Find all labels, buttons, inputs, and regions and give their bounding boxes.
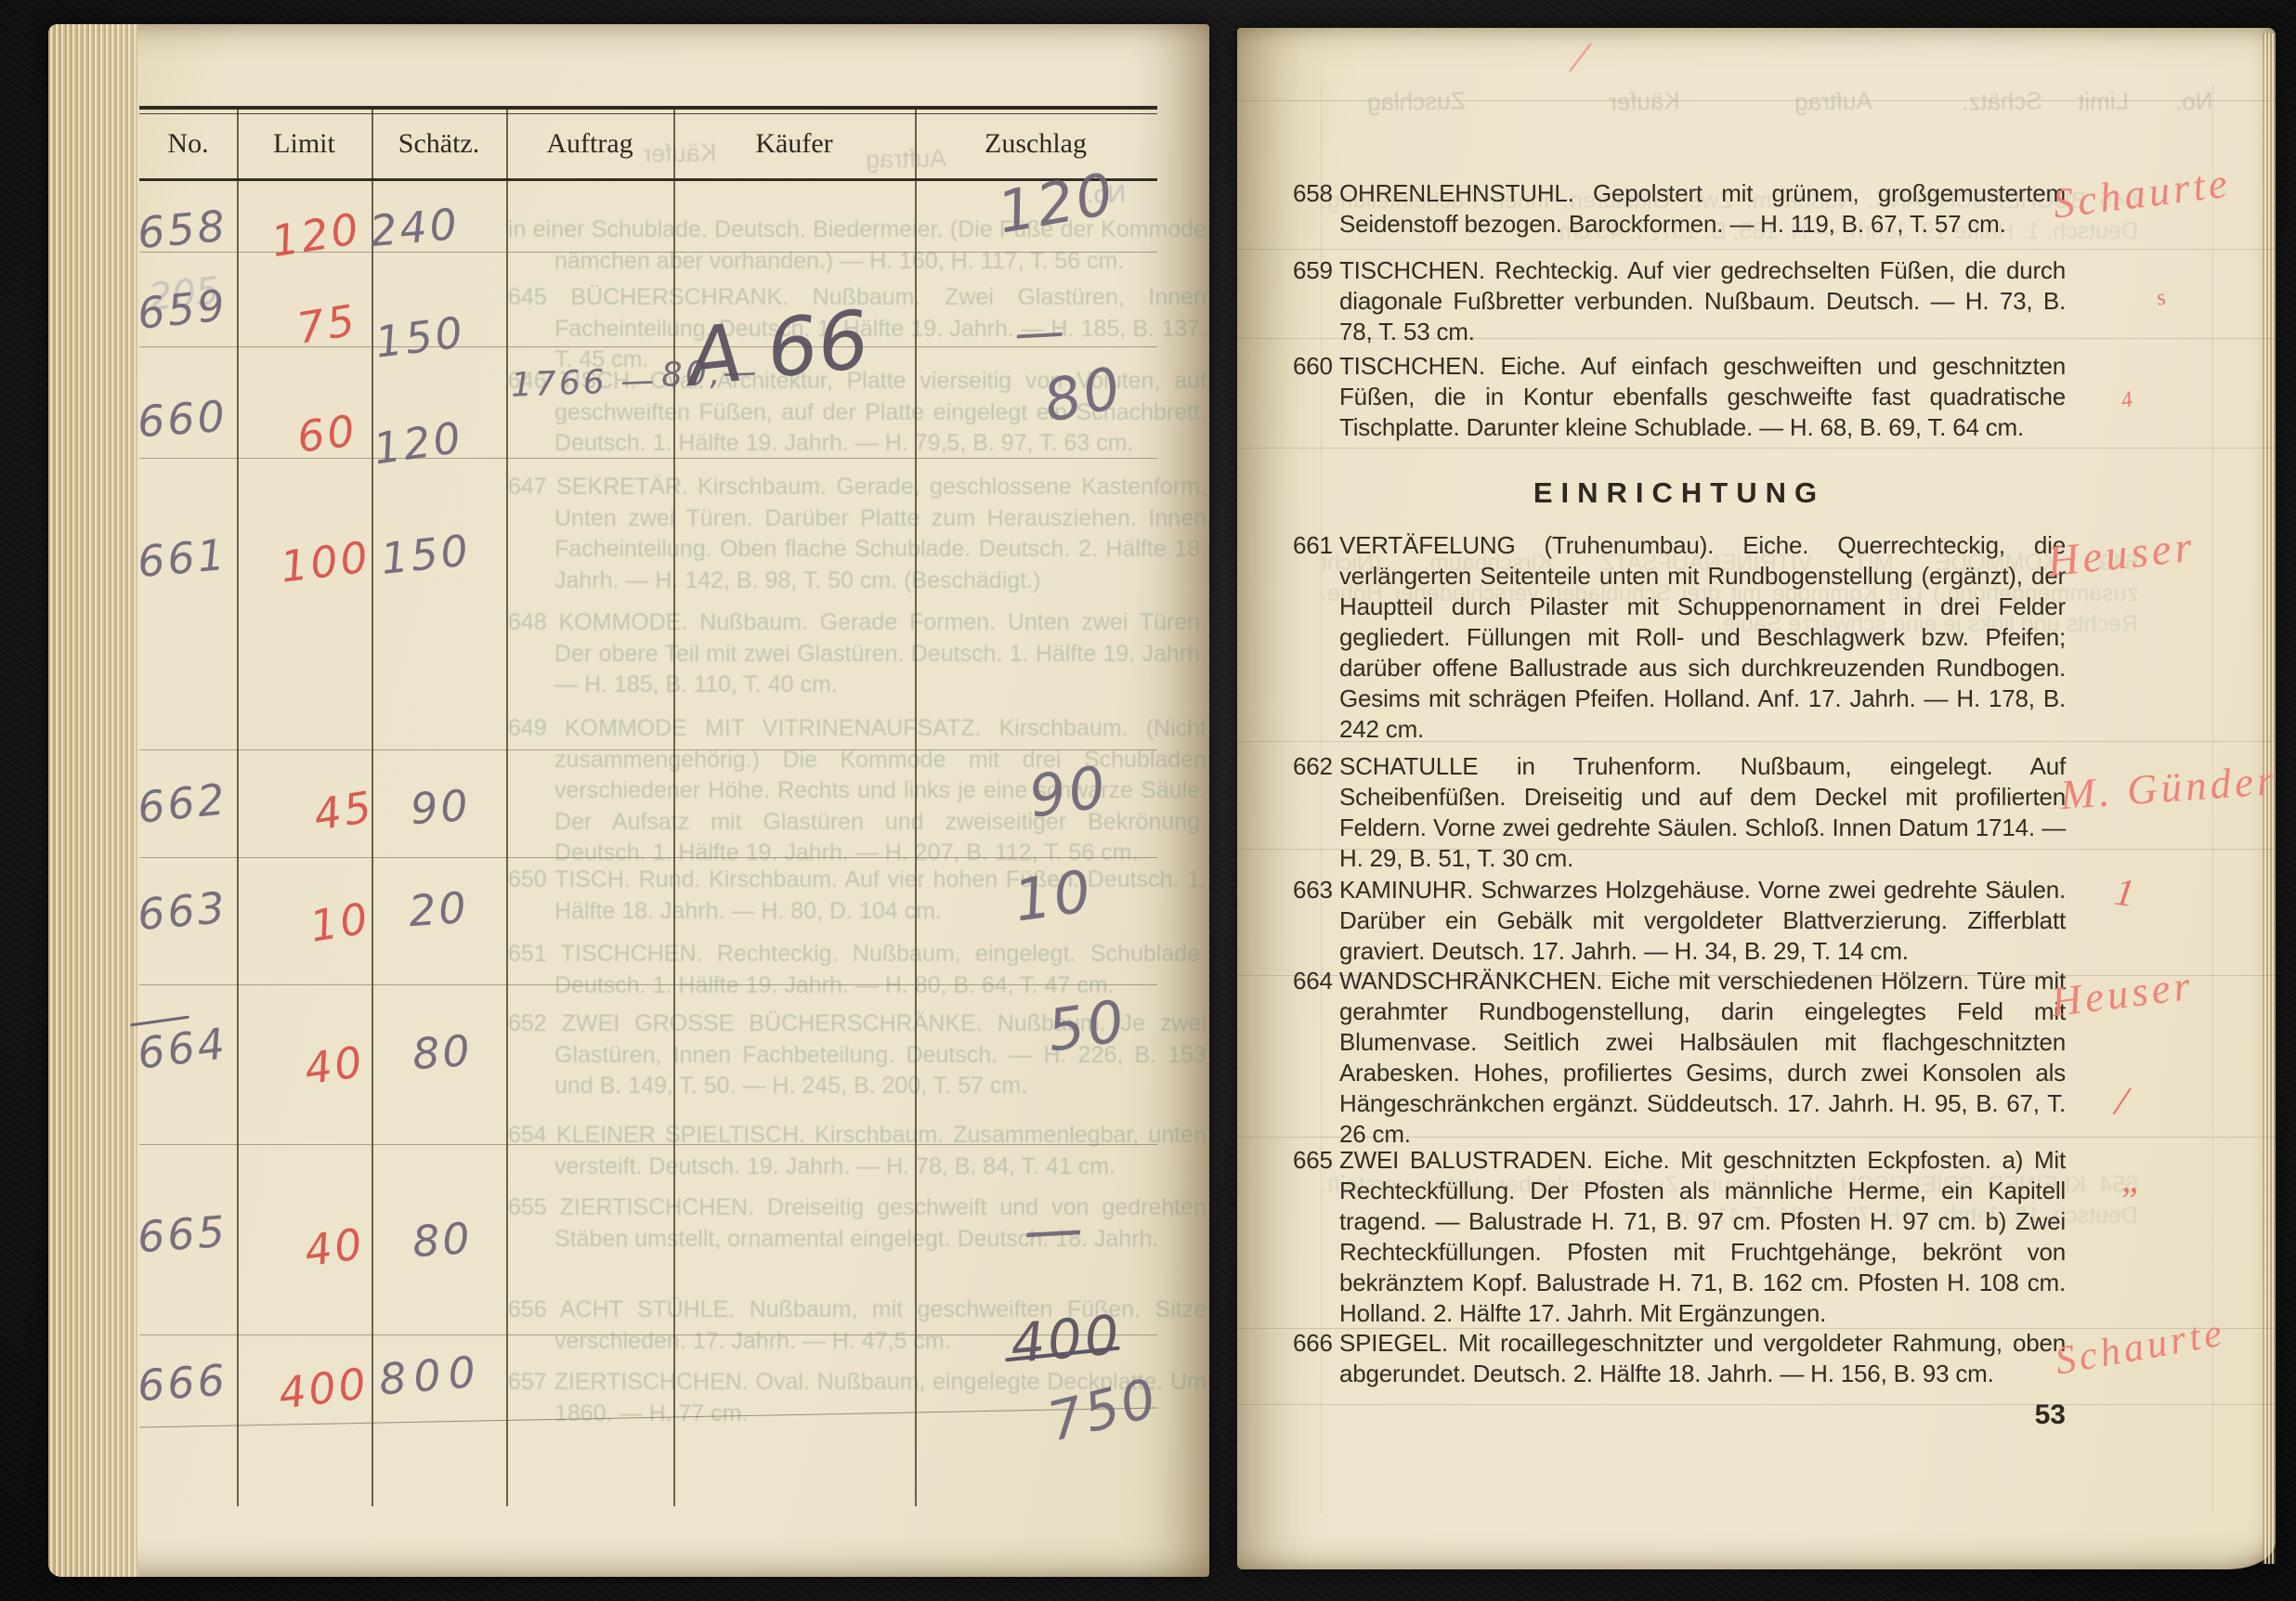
- hammer-price: 50: [1043, 986, 1130, 1064]
- entry-number: 659: [1293, 255, 1339, 347]
- catalog-entry: 665 ZWEI BALUSTRADEN. Eiche. Mit geschni…: [1293, 1145, 2066, 1329]
- ghost-header-mirrored: Auftrag: [1794, 86, 1872, 116]
- estimate-value: 150: [372, 306, 468, 367]
- row-divider: [139, 1144, 1157, 1145]
- buyer-annotation: M. Günder: [2058, 756, 2278, 819]
- catalog-entry: 662 SCHATULLE in Truhenform. Nußbaum, ei…: [1293, 751, 2066, 874]
- catalog-entry: 658 OHRENLEHNSTUHL. Gepolstert mit grüne…: [1293, 178, 2066, 240]
- col-header-limit: Limit: [237, 128, 372, 160]
- table-top-rule-thin: [139, 113, 1157, 114]
- limit-value: 75: [294, 294, 360, 353]
- entry-text: KAMINUHR. Schwarzes Holzgehäuse. Vorne z…: [1339, 875, 2066, 967]
- row-divider: [139, 984, 1157, 985]
- limit-value: 100: [278, 531, 373, 592]
- ghost-text: 647 SEKRETÄR. Kirschbaum. Gerade, geschl…: [508, 472, 1207, 596]
- entry-text: TISCHCHEN. Rechteckig. Auf vier gedrechs…: [1339, 255, 2066, 347]
- entry-number: 662: [1293, 751, 1339, 874]
- entry-text: OHRENLEHNSTUHL. Gepolstert mit grünem, g…: [1339, 178, 2066, 240]
- lot-number: 659: [135, 280, 229, 339]
- estimate-value: 90: [409, 780, 472, 834]
- entry-text: ZWEI BALUSTRADEN. Eiche. Mit geschnitzte…: [1339, 1145, 2066, 1329]
- buyer-annotation: Schaurte: [2051, 158, 2234, 228]
- limit-value: 10: [307, 892, 373, 951]
- ghost-header-mirrored: Limit: [2078, 87, 2129, 117]
- margin-mark: /: [2113, 1077, 2129, 1126]
- entry-number: 665: [1293, 1145, 1339, 1329]
- lot-number: 665: [136, 1206, 228, 1263]
- hammer-price-dash: —: [1012, 302, 1065, 363]
- hammer-price: 90: [1024, 752, 1112, 830]
- margin-mark: 4: [2120, 387, 2135, 414]
- column-divider: [673, 106, 675, 1506]
- catalog-entry: 660 TISCHCHEN. Eiche. Auf einfach geschw…: [1293, 351, 2066, 443]
- col-header-schaetz: Schätz.: [372, 128, 506, 160]
- column-divider: [506, 106, 508, 1506]
- limit-value: 120: [267, 203, 364, 267]
- lot-number: 661: [136, 529, 229, 587]
- row-divider: [139, 346, 1157, 347]
- row-divider: [139, 749, 1157, 750]
- col-header-auftrag: Auftrag: [506, 128, 673, 160]
- row-divider: [139, 1334, 1157, 1335]
- ghost-text: 648 KOMMODE. Nußbaum. Gerade Formen. Unt…: [508, 607, 1207, 701]
- entry-number: 664: [1293, 966, 1339, 1150]
- hammer-price-dash: —: [1022, 1194, 1085, 1266]
- ghost-header-mirrored: Käufer: [1609, 86, 1680, 116]
- order-note: 1766 —: [510, 361, 657, 404]
- ghost-text: 655 ZIERTISCHCHEN. Dreiseitig geschweift…: [508, 1192, 1207, 1255]
- hammer-price: 10: [1010, 856, 1097, 934]
- row-divider: [139, 857, 1157, 858]
- lot-number: 658: [136, 201, 229, 258]
- lot-number: 664: [135, 1018, 230, 1078]
- buyer-code: A 66: [683, 293, 873, 405]
- estimate-value: 800: [377, 1346, 485, 1405]
- auction-catalog-photo: in einer Schublade. Deutsch. Biedermeier…: [0, 0, 2296, 1601]
- col-header-zuschlag: Zuschlag: [915, 128, 1156, 160]
- page-number: 53: [1293, 1399, 2066, 1431]
- ghost-header-mirrored: No.: [2175, 87, 2213, 117]
- ghost-grid-line: [1237, 448, 2276, 449]
- entry-number: 658: [1293, 178, 1339, 240]
- catalog-entry: 666 SPIEGEL. Mit rocaillegeschnitzter un…: [1293, 1328, 2066, 1389]
- right-page: Zuschlag Käufer Auftrag Schätz. Limit No…: [1237, 28, 2276, 1569]
- limit-value: 60: [294, 405, 360, 462]
- estimate-value: 120: [371, 412, 466, 475]
- buyer-annotation: Heuser: [2048, 961, 2196, 1026]
- limit-value: 40: [302, 1218, 368, 1276]
- catalog-entry: 661 VERTÄFELUNG (Truhenumbau). Eiche. Qu…: [1293, 530, 2066, 745]
- estimate-value: 80: [411, 1213, 474, 1267]
- entry-number: 663: [1293, 875, 1339, 967]
- section-heading: EINRICHTUNG: [1293, 476, 2066, 510]
- ghost-grid-line: [1237, 249, 2276, 250]
- ghost-header-mirrored: Zuschlag: [1367, 86, 1466, 117]
- entry-text: TISCHCHEN. Eiche. Auf einfach geschweift…: [1339, 351, 2066, 443]
- buyer-annotation: Heuser: [2045, 522, 2198, 587]
- entry-text: SCHATULLE in Truhenform. Nußbaum, eingel…: [1339, 751, 2066, 874]
- catalog-entry: 663 KAMINUHR. Schwarzes Holzgehäuse. Vor…: [1293, 875, 2066, 967]
- margin-mark: s: [2154, 285, 2169, 311]
- margin-mark: „: [2121, 1157, 2142, 1201]
- margin-mark: /: [1569, 29, 1591, 85]
- ghost-header-mirrored: Schätz.: [1962, 86, 2042, 117]
- catalog-entry: 664 WANDSCHRÄNKCHEN. Eiche mit verschied…: [1293, 966, 2066, 1150]
- ghost-text: 654 KLEINER SPIELTISCH. Kirschbaum. Zusa…: [508, 1120, 1207, 1182]
- column-divider: [237, 106, 239, 1506]
- estimate-value: 20: [407, 882, 470, 936]
- entry-text: SPIEGEL. Mit rocaillegeschnitzter und ve…: [1339, 1328, 2066, 1389]
- table-top-rule: [139, 106, 1157, 110]
- column-divider: [915, 106, 917, 1506]
- entry-text: WANDSCHRÄNKCHEN. Eiche mit verschiedenen…: [1339, 966, 2066, 1150]
- estimate-value: 80: [411, 1025, 474, 1079]
- catalog-entry: 659 TISCHCHEN. Rechteckig. Auf vier gedr…: [1293, 255, 2066, 347]
- lot-number: 662: [135, 774, 229, 833]
- col-header-no: No.: [139, 128, 237, 160]
- lot-number: 660: [136, 391, 228, 448]
- entry-number: 661: [1293, 530, 1339, 745]
- estimate-value: 150: [378, 525, 473, 584]
- left-page: in einer Schublade. Deutsch. Biedermeier…: [48, 24, 1209, 1577]
- margin-mark: 1: [2112, 870, 2137, 917]
- ghost-text: 650 TISCH. Rund. Kirschbaum. Auf vier ho…: [508, 865, 1207, 927]
- lot-number: 666: [136, 1355, 228, 1412]
- entry-number: 660: [1293, 351, 1339, 443]
- limit-value: 45: [310, 781, 377, 840]
- page-stack-edge: [48, 24, 137, 1577]
- hammer-price-crossed: 400: [1008, 1303, 1124, 1375]
- lot-number: 663: [136, 882, 229, 940]
- buyer-annotation: Schaurte: [2052, 1309, 2229, 1384]
- col-header-kaeufer: Käufer: [673, 128, 915, 160]
- entry-number: 666: [1293, 1328, 1339, 1389]
- limit-value: 400: [276, 1358, 372, 1418]
- entry-text: VERTÄFELUNG (Truhenumbau). Eiche. Querre…: [1339, 530, 2066, 745]
- row-divider: [139, 458, 1157, 459]
- estimate-value: 240: [368, 199, 462, 256]
- limit-value: 40: [302, 1036, 368, 1094]
